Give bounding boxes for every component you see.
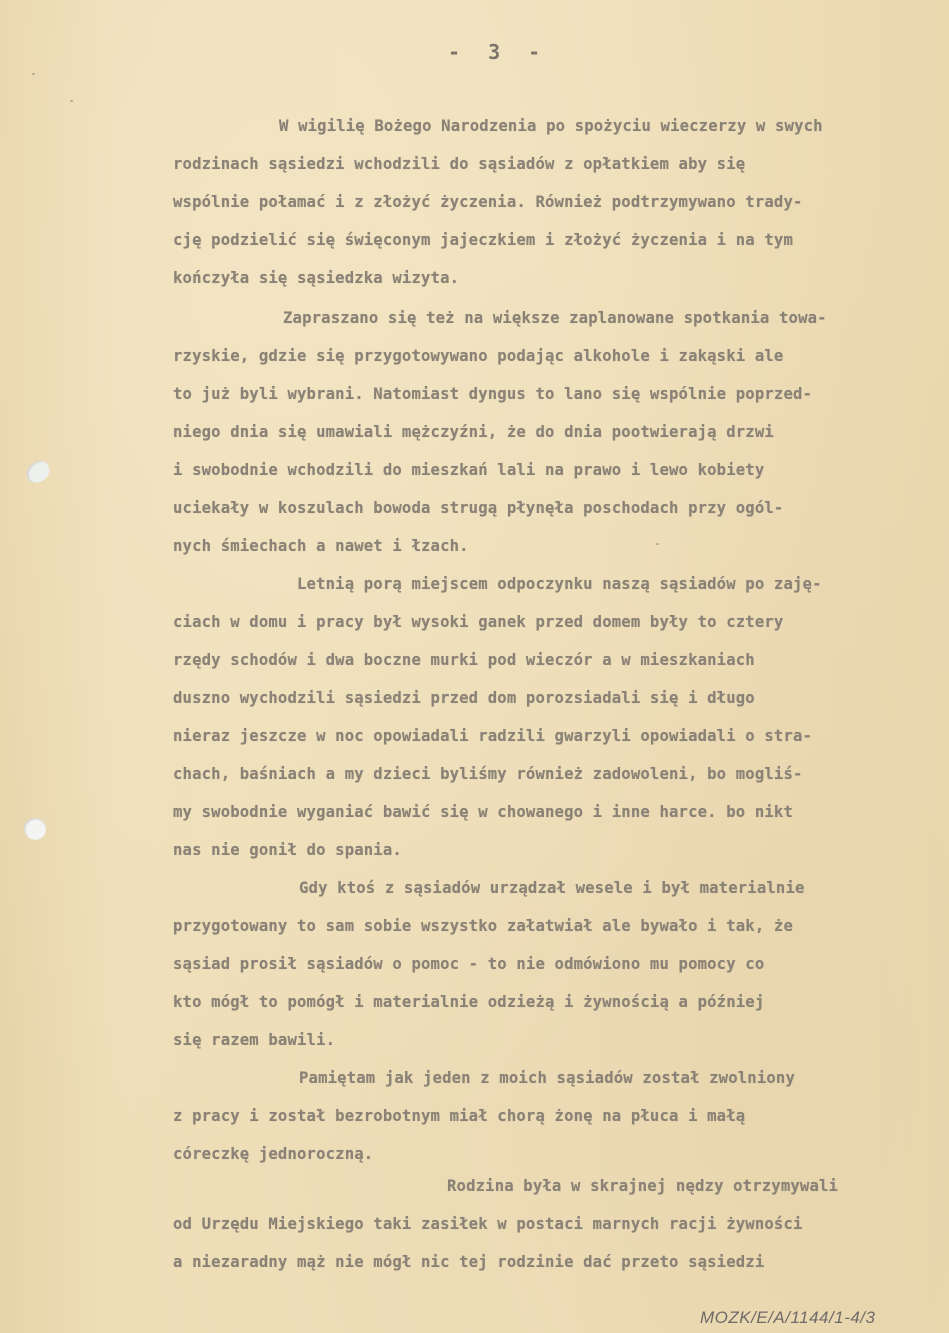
typed-line: W wigilię Bożego Narodzenia po spożyciu …	[279, 117, 823, 135]
typed-line: Pamiętam jak jeden z moich sąsiadów zost…	[299, 1069, 795, 1087]
typed-line: kończyła się sąsiedzka wizyta.	[173, 269, 459, 287]
torn-punch-hole	[23, 458, 53, 486]
typed-line: nas nie gonił do spania.	[173, 841, 402, 859]
typed-line: córeczkę jednoroczną.	[173, 1145, 373, 1163]
typed-line: cję podzielić się święconym jajeczkiem i…	[173, 231, 793, 249]
typed-line: nych śmiechach a nawet i łzach.	[173, 537, 469, 555]
typed-line: Gdy ktoś z sąsiadów urządzał wesele i by…	[299, 879, 805, 897]
page-number: - 3 -	[448, 40, 548, 64]
typed-line: a niezaradny mąż nie mógł nic tej rodzin…	[173, 1253, 764, 1271]
typed-line: my swobodnie wyganiać bawić się w chowan…	[173, 803, 793, 821]
paper-speck	[70, 100, 73, 102]
typed-line: przygotowany to sam sobie wszystko załat…	[173, 917, 793, 935]
typed-line: i swobodnie wchodzili do mieszkań lali n…	[173, 461, 764, 479]
typed-line: duszno wychodzili sąsiedzi przed dom por…	[173, 689, 755, 707]
typed-line: chach, baśniach a my dzieci byliśmy równ…	[173, 765, 803, 783]
punch-hole	[24, 818, 46, 840]
typed-line: Zapraszano się też na większe zaplanowan…	[283, 309, 827, 327]
typed-line: rzędy schodów i dwa boczne murki pod wie…	[173, 651, 755, 669]
typed-line: ciach w domu i pracy był wysoki ganek pr…	[173, 613, 783, 631]
typed-line: nieraz jeszcze w noc opowiadali radzili …	[173, 727, 812, 745]
paper-speck	[656, 543, 659, 545]
document-page: - 3 - W wigilię Bożego Narodzenia po spo…	[0, 0, 949, 1333]
typed-line: uciekały w koszulach bowoda strugą płynę…	[173, 499, 783, 517]
paper-speck	[32, 73, 35, 75]
typed-line: to już byli wybrani. Natomiast dyngus to…	[173, 385, 812, 403]
typed-line: kto mógł to pomógł i materialnie odzieżą…	[173, 993, 764, 1011]
typed-line: sąsiad prosił sąsiadów o pomoc - to nie …	[173, 955, 764, 973]
archive-signature: MOZK/E/A/1144/1-4/3	[700, 1308, 875, 1328]
typed-line: od Urzędu Miejskiego taki zasiłek w post…	[173, 1215, 803, 1233]
typed-line: wspólnie połamać i z złożyć życzenia. Ró…	[173, 193, 803, 211]
typed-line: Rodzina była w skrajnej nędzy otrzymywal…	[447, 1177, 838, 1195]
typed-line: Letnią porą miejscem odpoczynku naszą są…	[297, 575, 822, 593]
typed-line: się razem bawili.	[173, 1031, 335, 1049]
typed-line: niego dnia się umawiali mężczyźni, że do…	[173, 423, 774, 441]
typed-line: rodzinach sąsiedzi wchodzili do sąsiadów…	[173, 155, 745, 173]
typed-line: rzyskie, gdzie się przygotowywano podają…	[173, 347, 783, 365]
typed-line: z pracy i został bezrobotnym miał chorą …	[173, 1107, 745, 1125]
